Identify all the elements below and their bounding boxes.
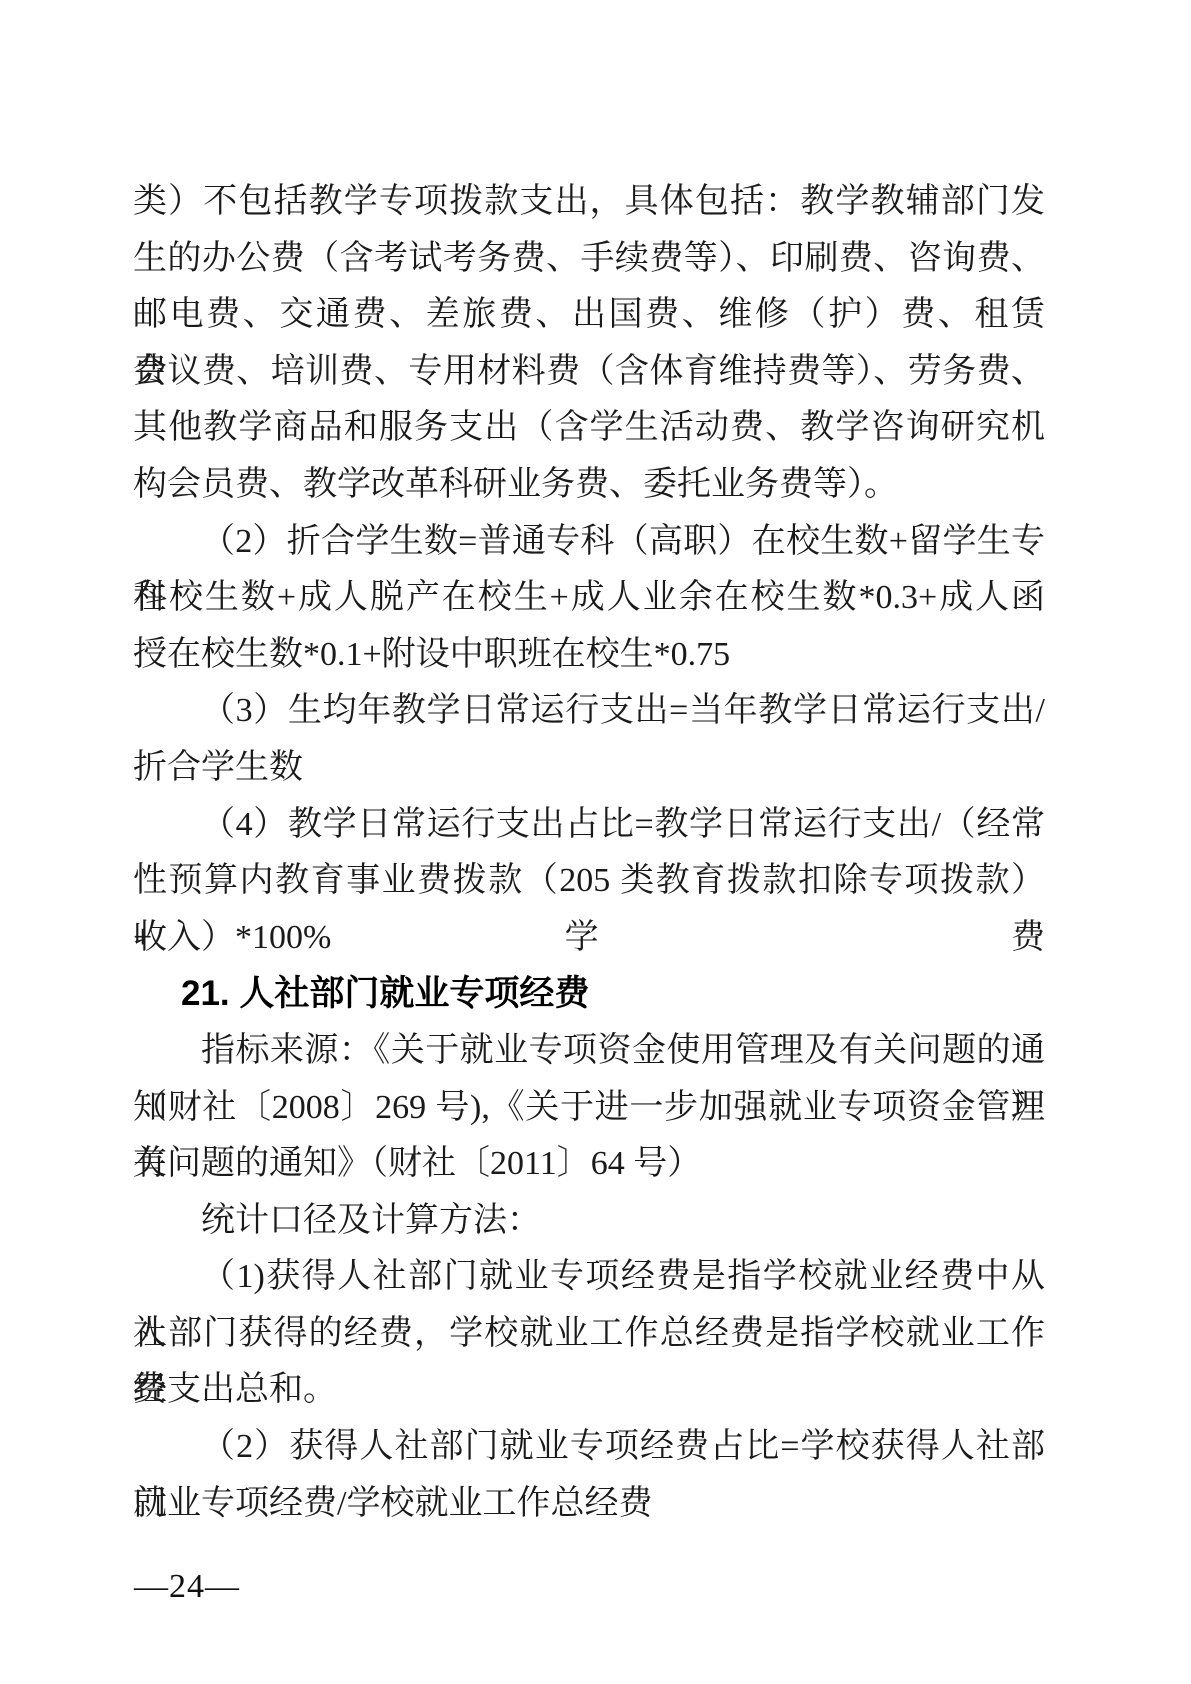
text-line: 其他教学商品和服务支出（含学生活动费、教学咨询研究机 <box>133 400 1045 457</box>
text-line: 社部门获得的经费，学校就业工作总经费是指学校就业工作经 <box>133 1306 1045 1363</box>
text-line: 在校生数+成人脱产在校生+成人业余在校生数*0.3+成人函 <box>133 570 1045 627</box>
text-line: 构会员费、教学改革科研业务费、委托业务费等）。 <box>133 457 1045 514</box>
text-line: （3）生均年教学日常运行支出=当年教学日常运行支出/ <box>133 683 1045 740</box>
text-line: （1)获得人社部门就业专项经费是指学校就业经费中从人 <box>133 1249 1045 1306</box>
text-line: （2）获得人社部门就业专项经费占比=学校获得人社部门 <box>133 1419 1045 1476</box>
document-page: 类）不包括教学专项拨款支出，具体包括：教学教辅部门发生的办公费（含考试考务费、手… <box>0 0 1191 1684</box>
text-line: （2）折合学生数=普通专科（高职）在校生数+留学生专科 <box>133 514 1045 571</box>
page-number: —24— <box>134 1567 240 1607</box>
text-line: （4）教学日常运行支出占比=教学日常运行支出/（经常 <box>133 797 1045 854</box>
text-line: 类）不包括教学专项拨款支出，具体包括：教学教辅部门发 <box>133 174 1045 231</box>
document-body: 类）不包括教学专项拨款支出，具体包括：教学教辅部门发生的办公费（含考试考务费、手… <box>133 174 1045 1532</box>
text-line: 邮电费、交通费、差旅费、出国费、维修（护）费、租赁费、 <box>133 287 1045 344</box>
text-line: 统计口径及计算方法： <box>133 1193 1045 1250</box>
text-line: 费支出总和。 <box>133 1362 1045 1419</box>
text-line: 性预算内教育事业费拨款（205 类教育拨款扣除专项拨款）+学费 <box>133 853 1045 910</box>
text-line: 折合学生数 <box>133 740 1045 797</box>
text-line: 关问题的通知》（财社〔2011〕64 号） <box>133 1136 1045 1193</box>
text-line: （财社〔2008〕269 号),《关于进一步加强就业专项资金管理有 <box>133 1080 1045 1137</box>
text-line: 会议费、培训费、专用材料费（含体育维持费等）、劳务费、 <box>133 344 1045 401</box>
text-line: 就业专项经费/学校就业工作总经费 <box>133 1476 1045 1533</box>
text-line: 生的办公费（含考试考务费、手续费等）、印刷费、咨询费、 <box>133 231 1045 288</box>
section-heading: 21. 人社部门就业专项经费 <box>133 966 1045 1023</box>
text-line: 授在校生数*0.1+附设中职班在校生*0.75 <box>133 627 1045 684</box>
text-line: 指标来源：《关于就业专项资金使用管理及有关问题的通知》 <box>133 1023 1045 1080</box>
